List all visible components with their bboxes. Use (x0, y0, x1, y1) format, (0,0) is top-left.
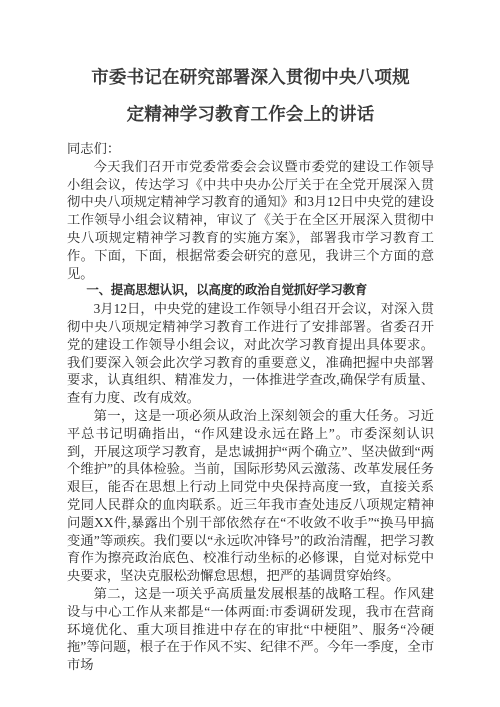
section1-heading: 一、提高思想认识，以高度的政治自觉抓好学习教育 (67, 282, 434, 300)
section1-paragraph: 3月12日，中央党的建设工作领导小组召开会议，对深入贯彻中央八项规定精神学习教育… (67, 300, 434, 407)
document-page: 市委书记在研究部署深入贯彻中央八项规 定精神学习教育工作会上的讲话 同志们： 今… (0, 0, 500, 707)
document-title-line1: 市委书记在研究部署深入贯彻中央八项规 (67, 59, 434, 96)
document-content: 市委书记在研究部署深入贯彻中央八项规 定精神学习教育工作会上的讲话 同志们： 今… (67, 59, 434, 674)
point2-paragraph: 第二，这是一项关乎高质量发展根基的战略工程。作风建设与中心工作从来都是“一体两面… (67, 585, 434, 674)
document-body: 同志们： 今天我们召开市党委常委会会议暨市委党的建设工作领导小组会议，传达学习《… (67, 140, 434, 674)
document-title-line2: 定精神学习教育工作会上的讲话 (67, 96, 434, 133)
salutation: 同志们： (67, 140, 434, 158)
intro-paragraph: 今天我们召开市党委常委会会议暨市委党的建设工作领导小组会议，传达学习《中共中央办… (67, 158, 434, 283)
point1-paragraph: 第一，这是一项必须从政治上深刻领会的重大任务。习近平总书记明确指出，“作风建设永… (67, 407, 434, 585)
document-title: 市委书记在研究部署深入贯彻中央八项规 定精神学习教育工作会上的讲话 (67, 59, 434, 133)
